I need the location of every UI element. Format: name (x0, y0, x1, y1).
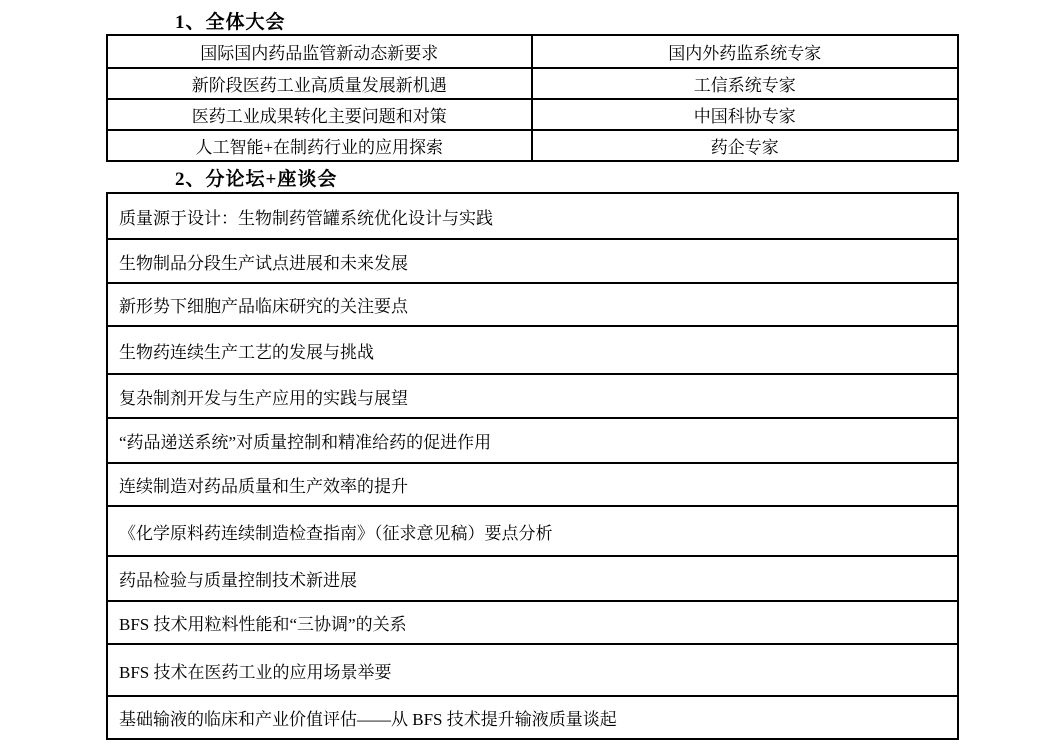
table-row: 基础输液的临床和产业价值评估——从 BFS 技术提升输液质量谈起 (108, 695, 957, 738)
speaker-cell: 药企专家 (533, 131, 958, 160)
table-row: 国际国内药品监管新动态新要求 国内外药监系统专家 (108, 36, 957, 67)
table-row: 《化学原料药连续制造检查指南》（征求意见稿）要点分析 (108, 505, 957, 555)
table-row: 生物药连续生产工艺的发展与挑战 (108, 325, 957, 373)
table-row: BFS 技术在医药工业的应用场景举要 (108, 643, 957, 695)
section2-heading: 2、分论坛+座谈会 (175, 164, 337, 191)
plenary-session-table: 国际国内药品监管新动态新要求 国内外药监系统专家 新阶段医药工业高质量发展新机遇… (106, 34, 959, 162)
table-row: 医药工业成果转化主要问题和对策 中国科协专家 (108, 98, 957, 129)
table-row: BFS 技术用粒料性能和“三协调”的关系 (108, 600, 957, 643)
speaker-cell: 中国科协专家 (533, 100, 958, 129)
table-row: 药品检验与质量控制技术新进展 (108, 555, 957, 600)
table-row: “药品递送系统”对质量控制和精准给药的促进作用 (108, 417, 957, 462)
speaker-cell: 国内外药监系统专家 (533, 36, 958, 67)
topic-cell: 医药工业成果转化主要问题和对策 (108, 100, 533, 129)
topic-cell: 人工智能+在制药行业的应用探索 (108, 131, 533, 160)
table-row: 复杂制剂开发与生产应用的实践与展望 (108, 373, 957, 417)
table-row: 生物制品分段生产试点进展和未来发展 (108, 238, 957, 282)
topic-cell: 新阶段医药工业高质量发展新机遇 (108, 69, 533, 98)
table-row: 人工智能+在制药行业的应用探索 药企专家 (108, 129, 957, 160)
section1-heading: 1、全体大会 (175, 7, 286, 34)
speaker-cell: 工信系统专家 (533, 69, 958, 98)
table-row: 质量源于设计：生物制药管罐系统优化设计与实践 (108, 194, 957, 238)
table-row: 新形势下细胞产品临床研究的关注要点 (108, 282, 957, 325)
topic-cell: 国际国内药品监管新动态新要求 (108, 36, 533, 67)
forum-sessions-table: 质量源于设计：生物制药管罐系统优化设计与实践 生物制品分段生产试点进展和未来发展… (106, 192, 959, 740)
table-row: 连续制造对药品质量和生产效率的提升 (108, 462, 957, 505)
table-row: 新阶段医药工业高质量发展新机遇 工信系统专家 (108, 67, 957, 98)
